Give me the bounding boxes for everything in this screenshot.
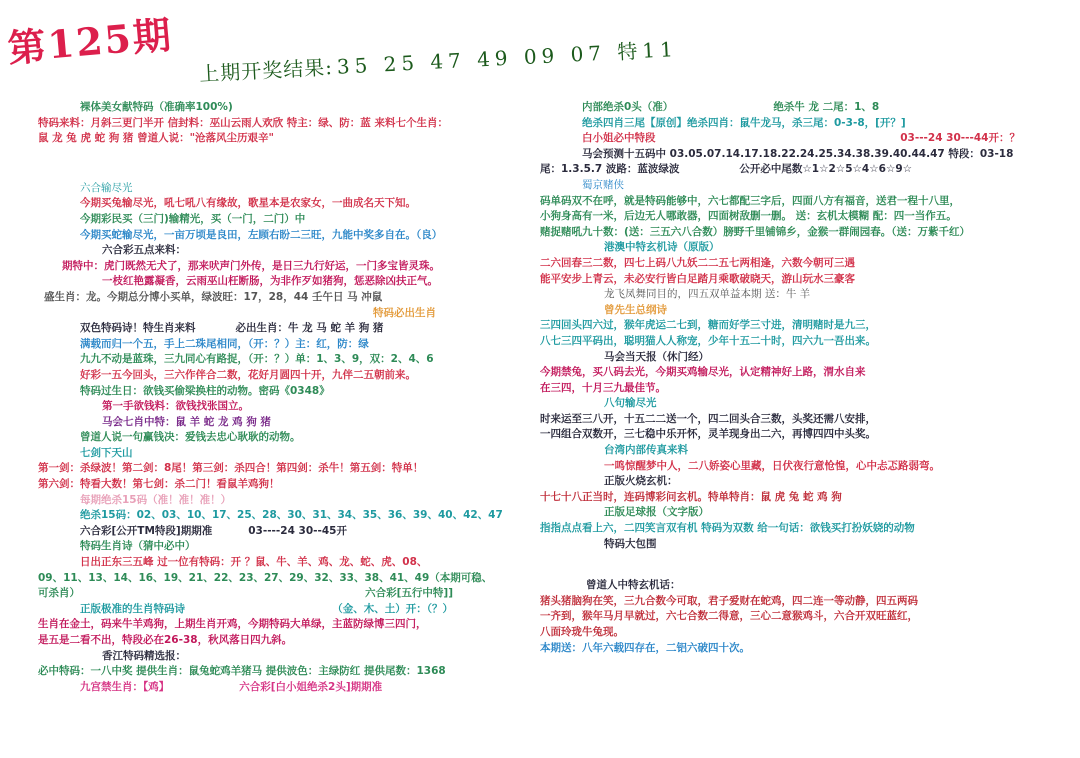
section-title: 台湾内部传真来料 — [540, 443, 1040, 459]
text-line: 期特中：虎门既然无犬了，那来吠声门外传，是日三九行好运，一门多宝皆灵珠。 — [38, 259, 508, 275]
text-line: 赌捉赌吼九十数：(送：三五六八合数）膀野千里铺锦乡，金猴一群闹园春。（送：万紫千… — [540, 225, 1040, 241]
text-line: 今期彩民买（三门)输精光，买（一门，二门）中 — [38, 212, 508, 228]
left-column: 裸体美女献特码（准确率100%) 特码来料：月斜三更门半开 信封料：巫山云雨人欢… — [38, 100, 508, 695]
text-line: 可杀肖）六合彩[五行中特]] — [38, 586, 453, 602]
right-column: 内部绝杀0头（准）绝杀牛 龙 二尾：1、8 绝杀四肖三尾【原创】绝杀四肖：鼠牛龙… — [540, 100, 1040, 656]
text-line: 一四组合双数开，三七稳中乐开怀，灵羊现身出二六，再博四四中头奖。 — [540, 427, 1040, 443]
text-line: 八七三四平码出，聪明猫人人称宠，少年十五二十时，四六九一吾出来。 — [540, 334, 1040, 350]
text-line: 猪头猪脑狗在笑，三九合数今可取，君子爱财在蛇鸡，四二连一等动静，四五两码 — [540, 594, 1040, 610]
text-line: 今期买兔输尽光，吼七吼八有缘故，歌星本是农家女，一曲成名天下知。 — [38, 196, 508, 212]
section-title: 蜀京赌侠 — [540, 178, 1040, 194]
last-draw-result: 上期开奖结果:35 25 47 49 09 07 特11 — [198, 33, 678, 87]
text-line: 第一剑：杀绿波！第二剑：8尾！第三剑：杀四合！第四剑：杀牛！第五剑：特单！ — [38, 461, 508, 477]
section-title: 六合输尽光 — [38, 181, 508, 197]
text-line: 绝杀四肖三尾【原创】绝杀四肖：鼠牛龙马，杀三尾：0-3-8，[开？] — [540, 116, 1040, 132]
text-line: 一鸣惊醒梦中人，二八娇姿心里藏，日伏夜行意怆惶，心中忐忑路弱弯。 — [540, 459, 1040, 475]
text-line: 今期买蛇输尽光，一亩万顷是良田，左顾右盼二三旺，九能中奖多自在。（良） — [38, 228, 508, 244]
text-line: 正版极准的生肖特码诗（金、木、土）开：（？） — [38, 602, 453, 618]
text-line: 满载而归一个五，手上二珠尾相同，（开：？）主：红，防：绿 — [38, 337, 508, 353]
text-line: 九宫禁生肖：【鸡】六合彩[白小姐绝杀2头]期期准 — [38, 680, 508, 696]
section-title: 特码大包围 — [540, 537, 1040, 553]
text-line: 在三四，十月三九最佳节。 — [540, 381, 1040, 397]
text-line: 必中特码：一八中奖 提供生肖：鼠兔蛇鸡羊猪马 提供波色：主绿防红 提供尾数：13… — [38, 664, 508, 680]
text-line: 好彩一五今回头，三六作伴合二数，花好月圆四十开，九伴二五朝前来。 — [38, 368, 508, 384]
text-line: 九九不动是蓝珠，三九同心有路捉，（开：？）单：1、3、9，双：2、4、6 — [38, 352, 508, 368]
text-line: 鼠 龙 兔 虎 蛇 狗 猪 曾道人说："沧落风尘历艰辛" — [38, 131, 508, 147]
section-title: 港澳中特玄机诗（原版） — [540, 240, 1040, 256]
section-title: 八句输尽光 — [540, 396, 1040, 412]
text-line: 二六回春三二数，四七上码八九妖二二五七两相逢，六数今朝可三遇 — [540, 256, 1040, 272]
text-line: 一齐到，猴年马月早就过，六七合数二得意，三心二意猴鸡斗，六合开双旺蓝红， — [540, 609, 1040, 625]
text-line: 内部绝杀0头（准）绝杀牛 龙 二尾：1、8 — [540, 100, 1040, 116]
text-line: 是五是二看不出，特段必在26-38，秋风落日四九斜。 — [38, 633, 508, 649]
section-title: 裸体美女献特码（准确率100%) — [38, 100, 508, 116]
text-line: 一枝红艳露凝香，云雨巫山枉断肠，为非作歹如猪狗，惩恶除凶扶正气。 — [38, 274, 508, 290]
text-line: 能平安步上青云，未必安行皆白足踏月乘歌破晓天，游山玩水三豪客 — [540, 272, 1040, 288]
text-line: 码单码双不在呼，就是特码能够中，六七都配三字后，四面八方有福音，送君一程十八里， — [540, 194, 1040, 210]
section-title: 特码必出生肖 — [38, 306, 508, 322]
text-line: 六合彩[公开TM特段]期期准03----24 30--45开 — [38, 524, 508, 540]
text-line: 八面玲珑牛兔现。 — [540, 625, 1040, 641]
text-line: 三四回头四六过，猴年虎运二七到，糖而好学三寸进，清明赌时是九三， — [540, 318, 1040, 334]
section-title: 曾道人中特玄机话： — [540, 578, 1040, 594]
text-line: 尾：1.3.5.7 波路：蓝波绿波公开必中尾数☆1☆2☆5☆4☆6☆9☆ — [540, 162, 1040, 178]
text-line: 双色特码诗！特生肖来料必出生肖：牛 龙 马 蛇 羊 狗 猪 — [38, 321, 508, 337]
section-title: 香江特码精选报： — [38, 649, 508, 665]
section-title: 正版火烧玄机： — [540, 474, 1040, 490]
text-line: 第一手欲钱料：欲钱找张国立。 — [38, 399, 508, 415]
text-line: 马会七肖中特：鼠 羊 蛇 龙 鸡 狗 猪 — [38, 415, 508, 431]
text-line: 指指点点看上六，二四笑言双有机 特码为双数 给一句话：欲钱买打扮妖娆的动物 — [540, 521, 1040, 537]
section-title: 特码生肖诗（猜中必中） — [38, 539, 508, 555]
text-line: 生肖在金土，码来牛羊鸡狗，上期生肖开鸡，今期特码大单绿，主蓝防绿博三四门， — [38, 617, 508, 633]
text-line: 09、11、13、14、16、19、21、22、23、27、29、32、33、3… — [38, 571, 508, 587]
text-line: 白小姐必中特段03---24 30---44开：？ — [540, 131, 1020, 147]
section-title: 曾先生总纲诗 — [540, 303, 1040, 319]
section-title: 七剑下天山 — [38, 446, 508, 462]
text-line: 日出正东三五峰 过一位有特码：开 ？鼠、牛、羊、鸡、龙、蛇、虎、08、 — [38, 555, 508, 571]
text-line: 时来运至三八开，十五二二送一个，四二回头合三数，头奖还需八安排， — [540, 412, 1040, 428]
text-line: 今期禁兔，买八码去光，今期买鸡输尽光，认定精神好上路，渭水自来 — [540, 365, 1040, 381]
result-numbers: 35 25 47 49 09 07 特11 — [336, 37, 678, 79]
text-line: 特码过生日：欲钱买偷梁换柱的动物。密码《0348》 — [38, 384, 508, 400]
text-line: 龙飞凤舞同目的，四五双单益本期 送：牛 羊 — [540, 287, 1040, 303]
text-line: 小狗身高有一米，后边无人哪敢器，四面树敌删一删。 送：玄机太模糊 配：四一当作五… — [540, 209, 1040, 225]
section-title: 六合彩五点来料： — [38, 243, 508, 259]
result-label: 上期开奖结果: — [199, 55, 334, 86]
text-line: 本期送：八年六载四存在，二铝六破四十次。 — [540, 641, 1040, 657]
text-line: 马会预测十五码中 03.05.07.14.17.18.22.24.25.34.3… — [540, 147, 1040, 163]
text-line: 十七十八正当时，连码博彩问玄机。特单特肖：鼠 虎 兔 蛇 鸡 狗 — [540, 490, 1040, 506]
text-line: 特码来料：月斜三更门半开 信封料：巫山云雨人欢欣 特主：绿、防：蓝 来料七个生肖… — [38, 116, 508, 132]
issue-number-title: 第125期 — [5, 4, 174, 73]
text-line: 每期绝杀15码（准！准！准！） — [38, 493, 508, 509]
section-title: 正版足球报（文字版） — [540, 505, 1040, 521]
section-title: 马会当天报（休门经） — [540, 350, 1040, 366]
text-line: 绝杀15码：02、03、10、17、25、28、30、31、34、35、36、3… — [38, 508, 508, 524]
text-line: 第六剑：特看大数！第七剑：杀二门！看鼠羊鸡狗！ — [38, 477, 508, 493]
text-line: 曾道人说一句赢钱决：爱钱去忠心耿耿的动物。 — [38, 430, 508, 446]
text-line: 盛生肖：龙。今期总分博小买单，绿波旺：17，28，44 壬午日 马 冲鼠 — [38, 290, 508, 306]
